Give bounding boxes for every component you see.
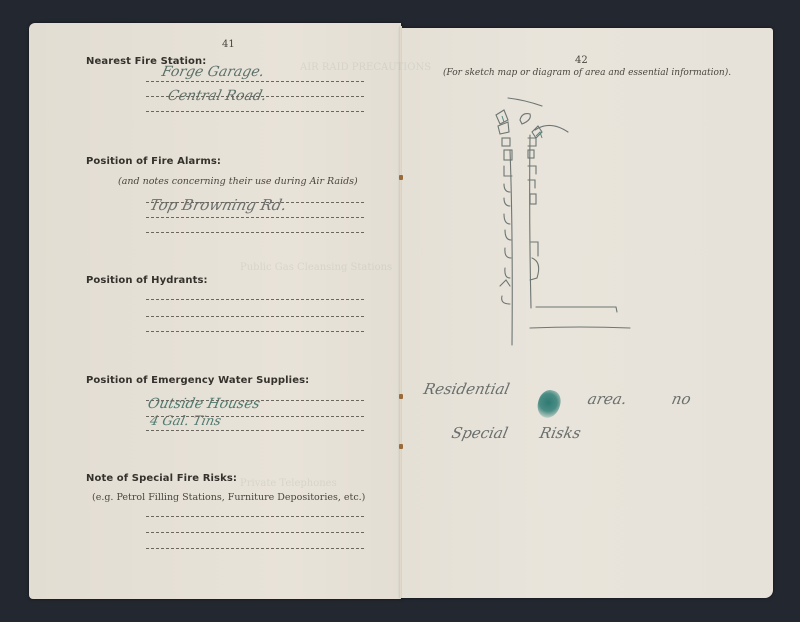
handwritten-note-residential: Residential — [422, 380, 511, 398]
fire-alarms-note: (and notes concerning their use during A… — [118, 176, 358, 187]
entry-line — [146, 111, 364, 112]
page-number-left: 41 — [222, 39, 235, 50]
special-fire-risks-label: Note of Special Fire Risks: — [86, 473, 237, 484]
page-number-right: 42 — [575, 55, 588, 66]
entry-line — [146, 331, 364, 332]
entry-line — [146, 548, 364, 549]
show-through-text: Public Gas Cleansing Stations — [240, 262, 392, 273]
entry-line — [146, 232, 364, 233]
fire-alarms-label: Position of Fire Alarms: — [86, 156, 221, 167]
sketch-instruction: (For sketch map or diagram of area and e… — [443, 68, 731, 78]
show-through-text: AIR RAID PRECAUTIONS — [300, 62, 431, 73]
handwritten-note-area: area. — [586, 390, 629, 408]
entry-line — [146, 532, 364, 533]
entry-line — [146, 516, 364, 517]
hydrants-label: Position of Hydrants: — [86, 275, 208, 286]
show-through-text: Private Telephones — [240, 478, 337, 489]
entry-line — [146, 299, 364, 300]
entry-line — [146, 430, 364, 431]
handwritten-fire-station-line1: Forge Garage. — [160, 64, 265, 80]
entry-line — [146, 416, 364, 417]
handwritten-note-special: Special — [450, 424, 510, 442]
book-spine — [399, 26, 402, 598]
handwritten-note-risks: Risks — [538, 424, 582, 442]
handwritten-note-no: no — [670, 390, 693, 408]
sketch-map — [480, 90, 650, 360]
staple — [399, 175, 403, 180]
left-page — [29, 23, 401, 599]
entry-line — [146, 96, 364, 97]
staple — [399, 394, 403, 399]
staple — [399, 444, 403, 449]
entry-line — [146, 81, 364, 82]
entry-line — [146, 400, 364, 401]
entry-line — [146, 217, 364, 218]
special-fire-risks-note: (e.g. Petrol Filling Stations, Furniture… — [92, 492, 365, 503]
entry-line — [146, 202, 364, 203]
handwritten-fire-alarms: Top Browning Rd. — [148, 196, 288, 214]
entry-line — [146, 316, 364, 317]
emergency-water-label: Position of Emergency Water Supplies: — [86, 375, 309, 386]
handwritten-water-line1: Outside Houses — [146, 396, 261, 412]
